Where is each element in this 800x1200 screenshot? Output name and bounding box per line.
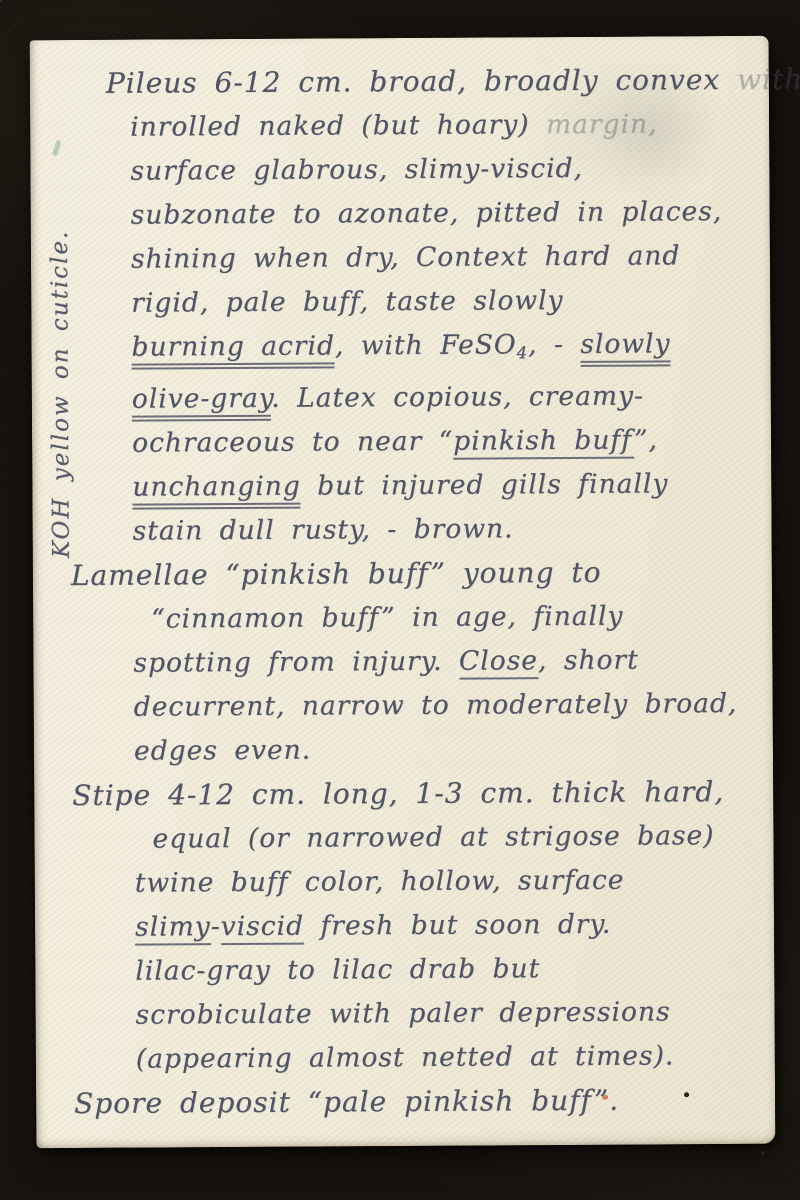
handwriting-segment: (appearing almost netted at times). — [136, 1040, 675, 1074]
handwriting-segment: slimy — [135, 911, 211, 945]
photo-background-felt: KOH yellow on cuticle. Pileus 6-12 cm. b… — [0, 0, 800, 1200]
handwriting-line: equal (or narrowed at strigose base) — [152, 814, 759, 862]
handwriting-line: edges even. — [134, 726, 759, 774]
handwriting-line: inrolled naked (but hoary) margin, — [130, 102, 755, 150]
handwriting-segment: , with FeSO — [335, 329, 517, 361]
handwriting-line: (appearing almost netted at times). — [136, 1034, 761, 1082]
handwritten-notes: Pileus 6-12 cm. broad, broadly convex wi… — [64, 58, 761, 1126]
handwriting-segment: rigid, pale buff, taste slowly — [131, 285, 563, 319]
handwriting-segment: Close — [459, 645, 538, 679]
handwriting-line: surface glabrous, slimy-viscid, — [130, 146, 755, 194]
handwriting-segment: inrolled naked (but hoary) — [130, 109, 546, 143]
handwriting-segment: margin, — [546, 108, 658, 140]
handwriting-line: stain dull rusty, - brown. — [132, 506, 757, 554]
handwriting-segment: “cinnamon buff” in age, finally — [151, 601, 623, 635]
handwriting-line: lilac-gray to lilac drab but — [135, 946, 760, 994]
handwriting-segment: subzonate to azonate, pitted in places, — [131, 196, 723, 231]
handwriting-segment: stain dull rusty, - brown. — [133, 513, 514, 546]
handwriting-line: Spore deposit “pale pinkish buff”. — [74, 1078, 761, 1126]
handwriting-segment: scrobiculate with paler depressions — [135, 996, 670, 1030]
handwriting-segment: Spore deposit “pale pinkish buff”. — [74, 1084, 619, 1120]
handwriting-segment: shining when dry, Context hard and — [131, 240, 681, 274]
handwriting-line: olive-gray. Latex copious, creamy- — [132, 374, 757, 422]
handwriting-segment: viscid — [221, 911, 305, 946]
dust-specks — [0, 0, 2, 2]
handwriting-line: slimy-viscid fresh but soon dry. — [135, 902, 760, 950]
handwriting-line: spotting from injury. Close, short — [133, 638, 758, 686]
handwriting-segment: decurrent, narrow to moderately broad, — [134, 688, 738, 723]
handwriting-segment: - — [211, 911, 221, 942]
handwriting-line: unchanging but injured gills finally — [132, 462, 757, 510]
handwriting-segment: . Latex copious, creamy- — [271, 381, 644, 414]
handwriting-segment: ”, — [634, 424, 658, 455]
handwriting-segment: unchanging — [132, 471, 301, 510]
handwriting-segment: olive-gray — [132, 383, 272, 422]
handwriting-segment: twine buff color, hollow, surface — [135, 865, 625, 899]
handwriting-segment: 4 — [517, 343, 529, 362]
handwriting-line: “cinnamon buff” in age, finally — [151, 594, 758, 642]
handwriting-segment: but injured gills finally — [301, 468, 669, 501]
handwriting-segment: , - — [528, 329, 580, 360]
handwriting-segment: Lamellae “pinkish buff” young to — [71, 556, 602, 592]
handwriting-segment: spotting from injury. — [133, 646, 459, 679]
handwriting-segment: pinkish buff — [453, 425, 634, 460]
handwriting-segment: equal (or narrowed at strigose base) — [152, 820, 714, 854]
handwriting-segment: Pileus 6-12 cm. broad, broadly convex — [106, 63, 737, 100]
handwriting-line: Lamellae “pinkish buff” young to — [71, 550, 758, 598]
handwriting-line: Stipe 4-12 cm. long, 1-3 cm. thick hard, — [72, 770, 759, 818]
handwriting-segment: Stipe 4-12 cm. long, 1-3 cm. thick hard, — [72, 775, 724, 812]
handwriting-segment: lilac-gray to lilac drab but — [135, 953, 540, 986]
handwriting-segment: ochraceous to near “ — [132, 426, 453, 459]
handwriting-line: scrobiculate with paler depressions — [135, 990, 760, 1038]
index-card: KOH yellow on cuticle. Pileus 6-12 cm. b… — [30, 36, 776, 1148]
ink-fleck-teal — [52, 140, 62, 157]
handwriting-line: Pileus 6-12 cm. broad, broadly convex wi… — [106, 58, 755, 106]
handwriting-segment: edges even. — [134, 735, 311, 767]
handwriting-line: decurrent, narrow to moderately broad, — [134, 682, 759, 730]
handwriting-line: shining when dry, Context hard and — [131, 234, 756, 282]
handwriting-segment: with — [737, 63, 800, 96]
handwriting-line: twine buff color, hollow, surface — [135, 858, 760, 906]
handwriting-segment: fresh but soon dry. — [304, 909, 611, 942]
handwriting-segment: slowly — [580, 328, 670, 367]
handwriting-line: rigid, pale buff, taste slowly — [131, 278, 756, 326]
handwriting-line: subzonate to azonate, pitted in places, — [131, 190, 756, 238]
handwriting-line: burning acrid, with FeSO4, - slowly — [131, 322, 756, 378]
handwriting-segment: surface glabrous, slimy-viscid, — [130, 153, 583, 187]
handwriting-segment: , short — [538, 645, 639, 677]
handwriting-line: ochraceous to near “pinkish buff”, — [132, 418, 757, 466]
handwriting-segment: burning acrid — [131, 330, 335, 369]
